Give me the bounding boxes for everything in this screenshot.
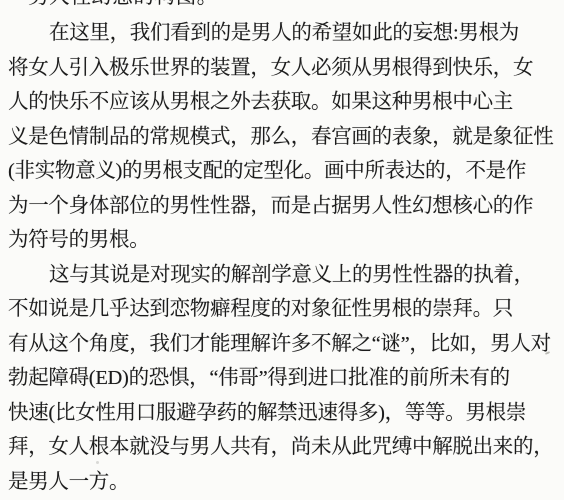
text-line: 勃起障碍(ED)的恐惧，“伟哥”得到进口批准的前所未有的 [0, 361, 564, 396]
text-line: 人的快乐不应该从男根之外去获取。如果这种男根中心主 [0, 85, 564, 120]
text-line: 为符号的男根。 [0, 223, 564, 258]
text-line: 拜，女人根本就没与男人共有，尚未从此咒缚中解脱出来的， [0, 430, 564, 465]
text-line: 快速(比女性用口服避孕药的解禁迅速得多)，等等。男根崇 [0, 396, 564, 431]
scanned-page: 男人性幻想的构图。 在这里，我们看到的是男人的希望如此的妄想:男根为 将女人引入… [0, 0, 564, 500]
text-line: 义是色情制品的常规模式，那么，春宫画的表象，就是象征性 [0, 120, 564, 155]
clipped-top-line-text: 男人性幻想的构图。 [28, 0, 564, 7]
text-line: 有从这个角度，我们才能理解许多不解之“谜”，比如，男人对 [0, 327, 564, 362]
clipped-top-line: 男人性幻想的构图。 [0, 0, 564, 9]
text-line: 为一个身体部位的男性性器，而是占据男人性幻想核心的作 [0, 189, 564, 224]
text-line: 在这里，我们看到的是男人的希望如此的妄想:男根为 [0, 16, 564, 51]
scan-speck [96, 461, 99, 464]
text-block: 在这里，我们看到的是男人的希望如此的妄想:男根为 将女人引入极乐世界的装置，女人… [0, 16, 564, 499]
text-line: 不如说是几乎达到恋物癖程度的对象征性男根的崇拜。只 [0, 292, 564, 327]
text-line: 将女人引入极乐世界的装置，女人必须从男根得到快乐，女 [0, 51, 564, 86]
text-line: (非实物意义)的男根支配的定型化。画中所表达的，不是作 [0, 154, 564, 189]
text-line: 是男人一方。 [0, 465, 564, 500]
text-line: 这与其说是对现实的解剖学意义上的男性性器的执着， [0, 258, 564, 293]
